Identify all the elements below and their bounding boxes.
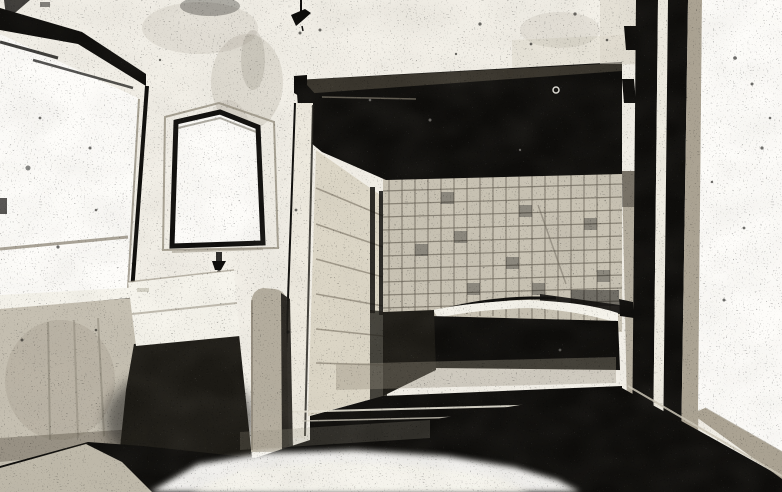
salt-grain-layer [0,0,782,492]
print-grain [0,0,782,492]
photo-root: Halftone photograph of an early-1900s ba… [0,0,782,492]
bathroom-photograph: Halftone photograph of an early-1900s ba… [0,0,782,492]
